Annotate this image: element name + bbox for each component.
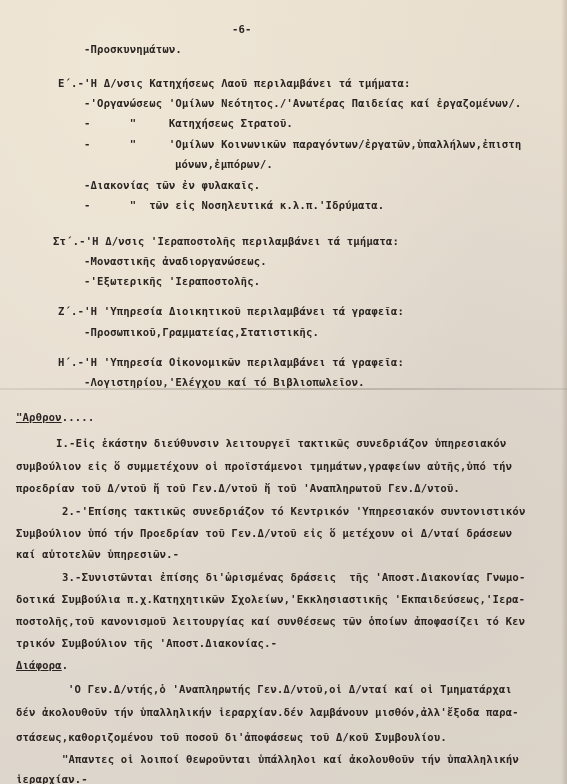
article-heading-text: "Αρθρον	[16, 412, 62, 424]
section-heading-h: Η΄.-'Η 'Υπηρεσία Οἰκονομικῶν περιλαμβάνε…	[58, 357, 404, 370]
text-line: -Προσωπικοῦ,Γραμματείας,Στατιστικῆς.	[84, 327, 319, 340]
text-line: προεδρίαν τοῦ Δ/ντοῦ ἤ τοῦ Γεν.Δ/ντοῦ ἤ …	[16, 483, 460, 496]
text-line: -Λογιστηρίου,'Ελέγχου καί τό Βιβλιοπωλεῖ…	[84, 377, 365, 390]
text-line: -Μοναστικῆς ἀναδιοργανώσεως.	[84, 256, 267, 269]
text-line: - " 'Ομίλων Κοινωνικῶν παραγόντων/ἐργατῶ…	[84, 139, 521, 152]
article-heading: "Αρθρον.....	[16, 412, 94, 425]
text-line: δοτικά Συμβούλια π.χ.Κατηχητικῶν Σχολείω…	[16, 594, 525, 607]
page-number: -6-	[232, 24, 252, 37]
text-line: - " τῶν εἰς Νοσηλευτικά κ.λ.π.'Ιδρύματα.	[84, 200, 384, 213]
text-line: ποστολῆς,τοῦ κανονισμοῦ λειτουργίας καί …	[16, 616, 525, 629]
text-line: - " Κατηχήσεως Στρατοῦ.	[84, 118, 293, 131]
text-line: 'Ο Γεν.Δ/ντής,ὁ 'Αναπληρωτής Γεν.Δ/ντοῦ,…	[68, 684, 512, 697]
text-line: στάσεως,καθοριζομένου τοῦ ποσοῦ δι'ἀποφά…	[16, 732, 447, 745]
section-heading-e: Ε΄.-'Η Δ/νσις Κατηχήσεως Λαοῦ περιλαμβάν…	[58, 78, 411, 91]
text-line: "Απαντες οἱ λοιποί θεωροῦνται ὑπάλληλοι …	[62, 754, 519, 767]
text-line: -'Οργανώσεως 'Ομίλων Νεότητος./'Ανωτέρας…	[84, 98, 521, 111]
text-line: ἱεραρχίαν.-	[16, 774, 88, 784]
text-line: μόνων,ἐμπόρων/.	[175, 159, 273, 172]
text-line: Συμβούλιον ὑπό τήν Προεδρίαν τοῦ Γεν.Δ/ν…	[16, 528, 512, 541]
text-line: I.-Εἰς ἑκάστην διεύθυνσιν λειτουργεῖ τακ…	[56, 438, 506, 451]
section-heading-st: Στ΄.-'Η Δ/νσις 'Ιεραποστολῆς περιλαμβάνε…	[53, 236, 399, 249]
text-line: -Προσκυνημάτων.	[84, 44, 182, 57]
text-line: -'Εξωτερικῆς 'Ιεραποστολῆς.	[84, 276, 260, 289]
misc-heading-dot: .	[62, 660, 69, 672]
document-page: -6- -Προσκυνημάτων. Ε΄.-'Η Δ/νσις Κατηχή…	[0, 0, 567, 784]
text-line: συμβούλιον εἰς ὅ συμμετέχουν οἱ προϊστάμ…	[16, 461, 512, 474]
text-line: δέν ἀκολουθοῦν τήν ὑπαλληλικήν ἱεραρχίαν…	[16, 707, 519, 720]
paper-edge-shadow	[561, 0, 567, 784]
misc-heading: Διάφορα.	[16, 660, 68, 673]
text-line: τρικόν Συμβούλιον τῆς 'Αποστ.Διακονίας.-	[16, 638, 277, 651]
misc-heading-text: Διάφορα	[16, 660, 62, 672]
text-line: 2.-'Επίσης τακτικῶς συνεδριάζον τό Κεντρ…	[62, 506, 526, 519]
text-line: καί αὐτοτελῶν ὑπηρεσιῶν.-	[16, 549, 179, 562]
text-line: 3.-Συνιστῶνται ἐπίσης δι'ὡρισμένας δράσε…	[62, 572, 526, 585]
article-heading-dots: .....	[62, 412, 95, 424]
section-heading-z: Ζ΄.-'Η 'Υπηρεσία Διοικητικοῦ περιλαμβάνε…	[58, 306, 404, 319]
text-line: -Διακονίας τῶν ἐν φυλακαῖς.	[84, 180, 260, 193]
